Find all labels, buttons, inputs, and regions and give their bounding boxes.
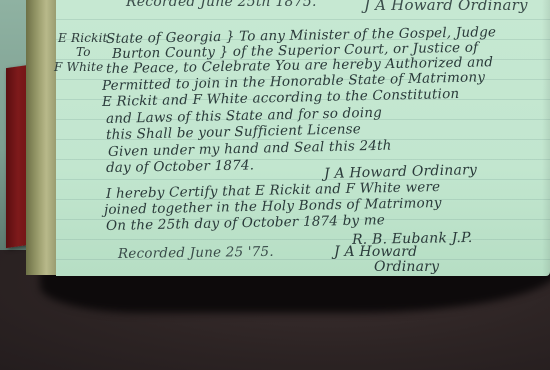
margin-conjunction: To bbox=[76, 45, 91, 59]
header-signature: J A Howard Ordinary bbox=[364, 0, 528, 14]
footer-signature-name: J A Howard bbox=[334, 244, 417, 260]
margin-party-2: F White bbox=[54, 60, 103, 74]
header-recorded-text: Recorded June 25th 1875. bbox=[126, 0, 317, 10]
footer-signature-title: Ordinary bbox=[374, 259, 439, 275]
footer-recorded-text: Recorded June 25 '75. bbox=[118, 244, 274, 262]
book-spine-gutter bbox=[26, 0, 60, 275]
margin-party-1: E Rickit bbox=[58, 31, 108, 45]
license-line-9: day of October 1874. bbox=[106, 157, 254, 176]
ledger-page: Recorded June 25th 1875. J A Howard Ordi… bbox=[56, 0, 550, 276]
